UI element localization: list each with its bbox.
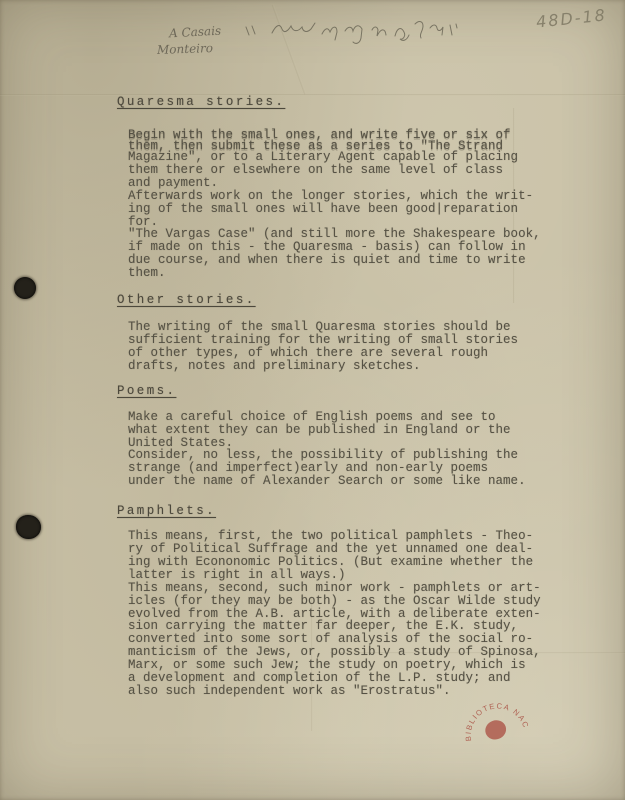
- archive-reference-code: 48D-18: [535, 5, 607, 31]
- handwritten-note-line1: A Casais: [169, 24, 222, 41]
- stamp-center-dot: [483, 717, 509, 742]
- paragraph: Make a careful choice of English poems a…: [128, 411, 587, 488]
- handwritten-note-line2: Monteiro: [157, 41, 213, 57]
- section-heading-quaresma-stories: Quaresma stories.: [117, 96, 587, 109]
- section-heading-poems: Poems.: [117, 385, 587, 398]
- paragraph: Magazine", or to a Literary Agent capabl…: [128, 151, 587, 280]
- punch-hole: [14, 277, 36, 299]
- section-poems: Poems. Make a careful choice of English …: [117, 385, 587, 488]
- typewritten-content: Quaresma stories. Begin with the small o…: [117, 96, 587, 698]
- paper-crease: [272, 5, 306, 95]
- section-pamphlets: Pamphlets. This means, first, the two po…: [117, 505, 587, 698]
- scanned-document-page: 48D-18 A Casais Monteiro Quaresma storie…: [0, 0, 625, 800]
- punch-hole: [16, 515, 41, 539]
- section-heading-pamphlets: Pamphlets.: [117, 505, 587, 518]
- paragraph: This means, first, the two political pam…: [128, 530, 587, 698]
- paragraph-overstruck: Begin with the small ones, and write fiv…: [128, 130, 587, 151]
- paragraph: The writing of the small Quaresma storie…: [128, 321, 587, 373]
- handwritten-scribble: [0, 0, 625, 70]
- section-quaresma-stories: Quaresma stories. Begin with the small o…: [117, 96, 587, 280]
- section-heading-other-stories: Other stories.: [117, 294, 587, 307]
- handwritten-note: A Casais Monteiro: [0, 0, 625, 70]
- section-other-stories: Other stories. The writing of the small …: [117, 294, 587, 373]
